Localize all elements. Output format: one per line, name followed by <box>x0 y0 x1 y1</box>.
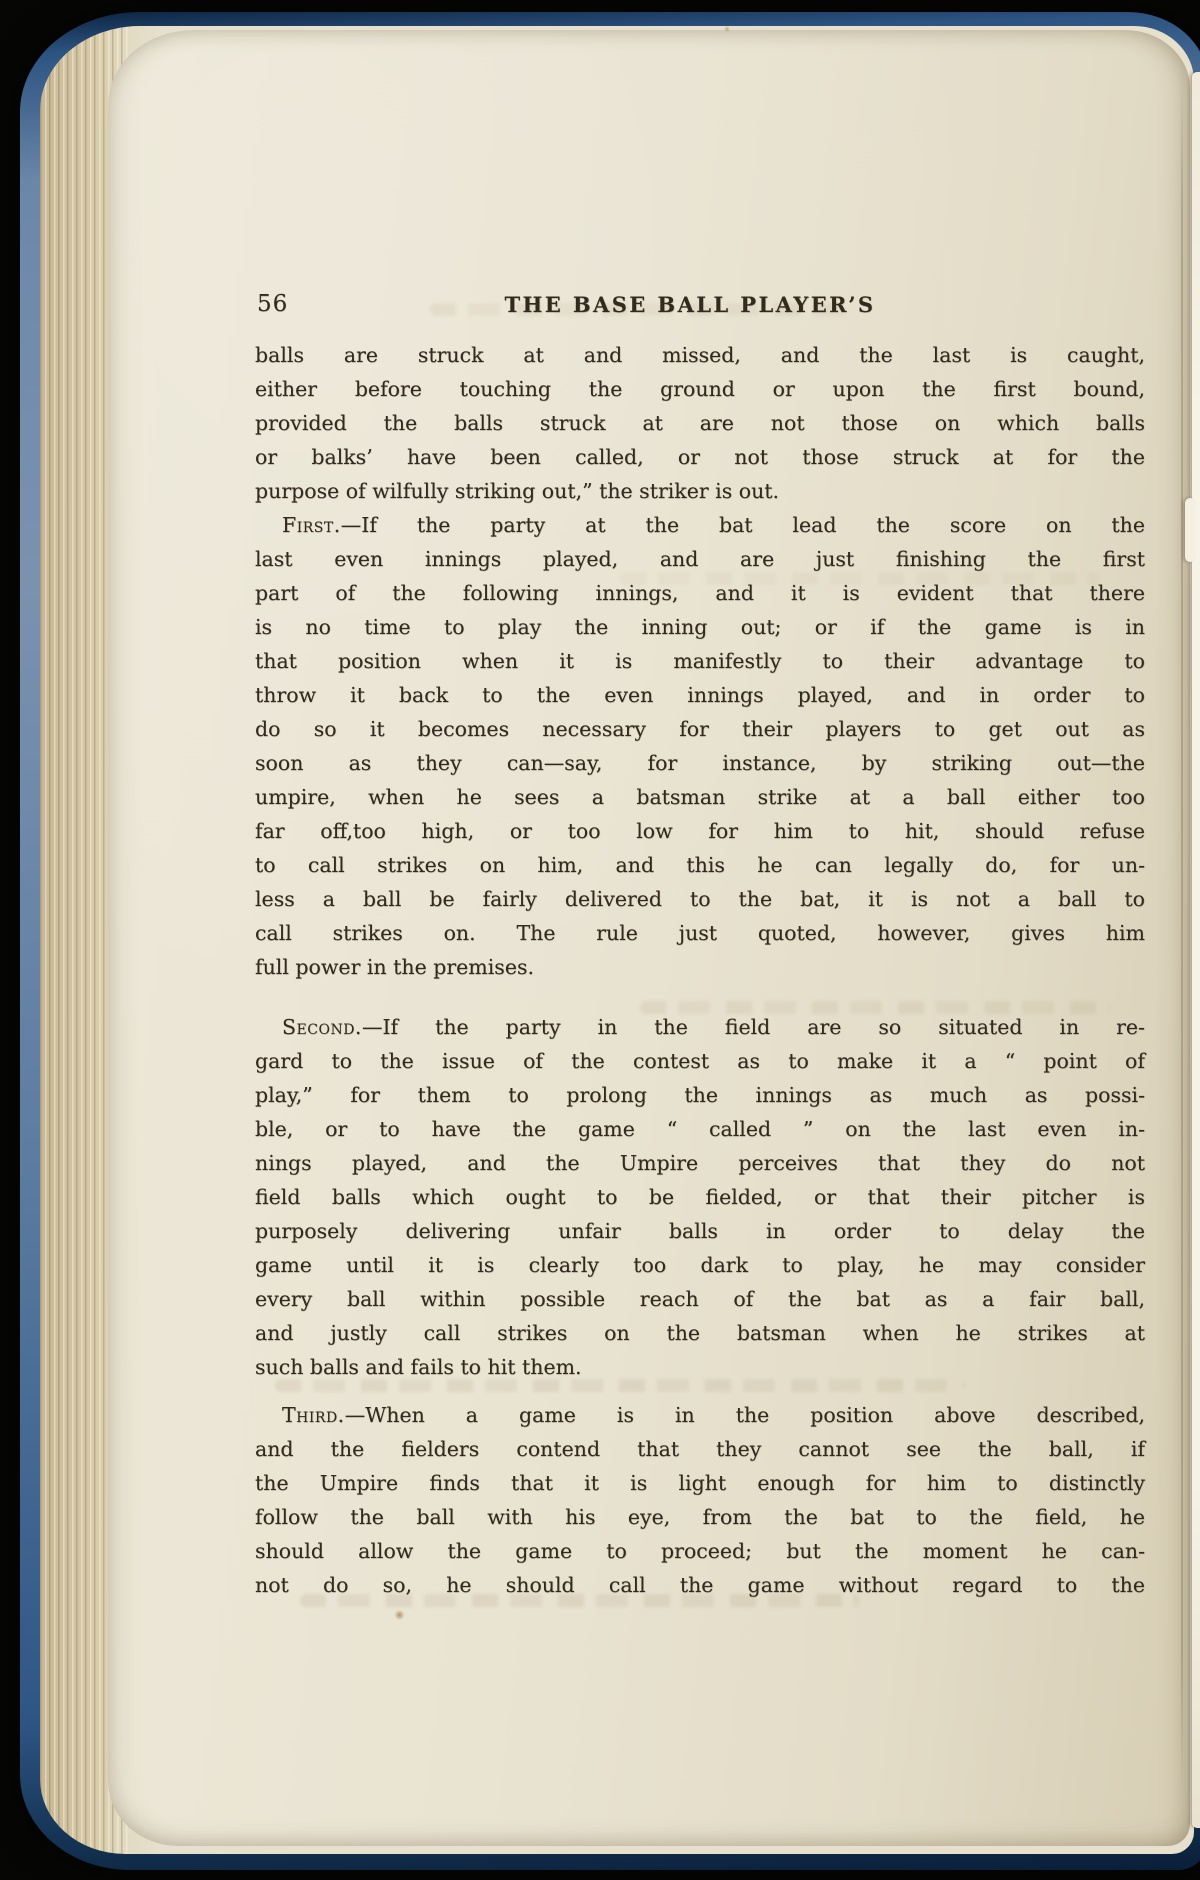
page-number: 56 <box>257 287 288 321</box>
text-line: gard to the issue of the contest as to m… <box>255 1044 1145 1078</box>
book-scan-photo: 56 THE BASE BALL PLAYER’S balls are stru… <box>0 0 1200 1880</box>
text-line: the Umpire finds that it is light enough… <box>255 1466 1145 1500</box>
text-line: Second.—If the party in the field are so… <box>255 1010 1145 1044</box>
paragraph-intro: balls are struck at and missed, and the … <box>255 338 1145 508</box>
text-line: either before touching the ground or upo… <box>255 372 1145 406</box>
paragraph-second: Second.—If the party in the field are so… <box>255 1010 1145 1384</box>
text-line: that position when it is manifestly to t… <box>255 644 1145 678</box>
text-line: far off,too high, or too low for him to … <box>255 814 1145 848</box>
text-line: is no time to play the inning out; or if… <box>255 610 1145 644</box>
text-line: ble, or to have the game “ called ” on t… <box>255 1112 1145 1146</box>
text-line: and justly call strikes on the batsman w… <box>255 1316 1145 1350</box>
text-line: play,” for them to prolong the innings a… <box>255 1078 1145 1112</box>
text-line: purpose of wilfully striking out,” the s… <box>255 474 1145 508</box>
text-line: part of the following innings, and it is… <box>255 576 1145 610</box>
text-line: provided the balls struck at are not tho… <box>255 406 1145 440</box>
text-line: and the fielders contend that they canno… <box>255 1432 1145 1466</box>
text-line: field balls which ought to be fielded, o… <box>255 1180 1145 1214</box>
text-line: should allow the game to proceed; but th… <box>255 1534 1145 1568</box>
section-label-first: First. <box>282 513 341 537</box>
page-gutter-crease <box>1181 80 1183 1790</box>
text-line: throw it back to the even innings played… <box>255 678 1145 712</box>
text-line: such balls and fails to hit them. <box>255 1350 1145 1384</box>
text-line: game until it is clearly too dark to pla… <box>255 1248 1145 1282</box>
text-line: or balks’ have been called, or not those… <box>255 440 1145 474</box>
page-content: 56 THE BASE BALL PLAYER’S balls are stru… <box>255 287 1145 1602</box>
text-line: Third.—When a game is in the position ab… <box>255 1398 1145 1432</box>
text-line: nings played, and the Umpire perceives t… <box>255 1146 1145 1180</box>
text-line: full power in the premises. <box>255 950 1145 984</box>
running-title: THE BASE BALL PLAYER’S <box>505 288 876 322</box>
paragraph-third: Third.—When a game is in the position ab… <box>255 1398 1145 1602</box>
text-line: First.—If the party at the bat lead the … <box>255 508 1145 542</box>
text-line: to call strikes on him, and this he can … <box>255 848 1145 882</box>
facing-page-edge <box>1192 72 1200 1828</box>
text-line: less a ball be fairly delivered to the b… <box>255 882 1145 916</box>
text-line: not do so, he should call the game witho… <box>255 1568 1145 1602</box>
running-head: 56 THE BASE BALL PLAYER’S <box>255 287 1145 338</box>
facing-page-edge-notch <box>1185 498 1195 562</box>
text-line: call strikes on. The rule just quoted, h… <box>255 916 1145 950</box>
text-line: last even innings played, and are just f… <box>255 542 1145 576</box>
paragraph-first: First.—If the party at the bat lead the … <box>255 508 1145 984</box>
text-line: soon as they can—say, for instance, by s… <box>255 746 1145 780</box>
text-line: umpire, when he sees a batsman strike at… <box>255 780 1145 814</box>
text-line-rest: —If the party in the field are so situat… <box>362 1015 1145 1039</box>
text-line: balls are struck at and missed, and the … <box>255 338 1145 372</box>
text-line: every ball within possible reach of the … <box>255 1282 1145 1316</box>
paper-stain <box>724 26 730 32</box>
text-line: do so it becomes necessary for their pla… <box>255 712 1145 746</box>
text-line: purposely delivering unfair balls in ord… <box>255 1214 1145 1248</box>
section-label-second: Second. <box>282 1015 362 1039</box>
text-line-rest: —If the party at the bat lead the score … <box>341 513 1145 537</box>
text-line: follow the ball with his eye, from the b… <box>255 1500 1145 1534</box>
paper-stain <box>394 1610 405 1620</box>
section-label-third: Third. <box>282 1403 345 1427</box>
text-line-rest: —When a game is in the position above de… <box>345 1403 1145 1427</box>
